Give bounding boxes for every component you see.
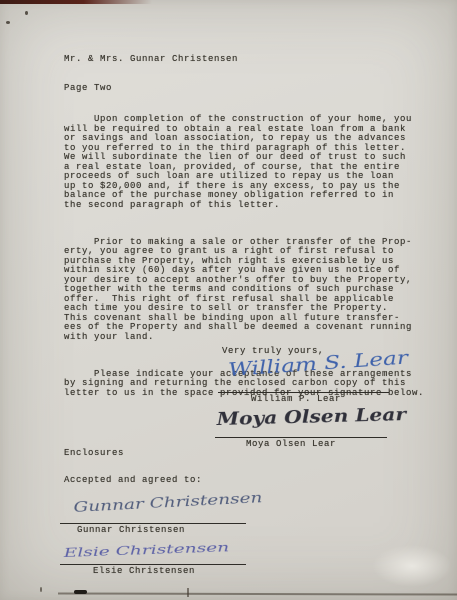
- signature-script-moya-lear: Moya Olsen Lear: [216, 404, 406, 430]
- signature-line-moya: [215, 437, 387, 438]
- recipient-line: Mr. & Mrs. Gunnar Christensen: [64, 55, 238, 65]
- paper-speck: [6, 21, 10, 24]
- photo-edge-artifact: [0, 0, 152, 4]
- signature-line-william: [218, 392, 389, 393]
- enclosures-label: Enclosures: [64, 449, 124, 459]
- typed-name-gunnar-christensen: Gunnar Christensen: [77, 526, 185, 536]
- signature-script-elsie-christensen: Elsie Christensen: [64, 540, 230, 560]
- photo-bottom-edge: [58, 592, 457, 595]
- letter-photo: Mr. & Mrs. Gunnar Christensen Page Two U…: [0, 0, 457, 600]
- signature-line-gunnar: [60, 523, 246, 524]
- paper-speck: [40, 587, 42, 592]
- typed-name-william-lear: William P. Lear: [251, 395, 341, 405]
- typed-name-elsie-christensen: Elsie Christensen: [93, 567, 195, 577]
- signature-script-gunnar-christensen: Gunnar Christensen: [73, 490, 263, 516]
- paper-stain: [372, 545, 452, 587]
- paragraph-first-refusal: Prior to making a sale or other transfer…: [64, 238, 424, 343]
- paper-speck: [25, 11, 28, 15]
- typed-name-moya-lear: Moya Olsen Lear: [246, 440, 336, 450]
- photo-bottom-tick: [187, 588, 189, 597]
- acceptance-heading: Accepted and agreed to:: [64, 476, 202, 486]
- photo-bottom-mark: [74, 590, 87, 594]
- paragraph-loan: Upon completion of the construction of y…: [64, 115, 424, 210]
- page-number-line: Page Two: [64, 84, 238, 94]
- signature-line-elsie: [60, 564, 246, 565]
